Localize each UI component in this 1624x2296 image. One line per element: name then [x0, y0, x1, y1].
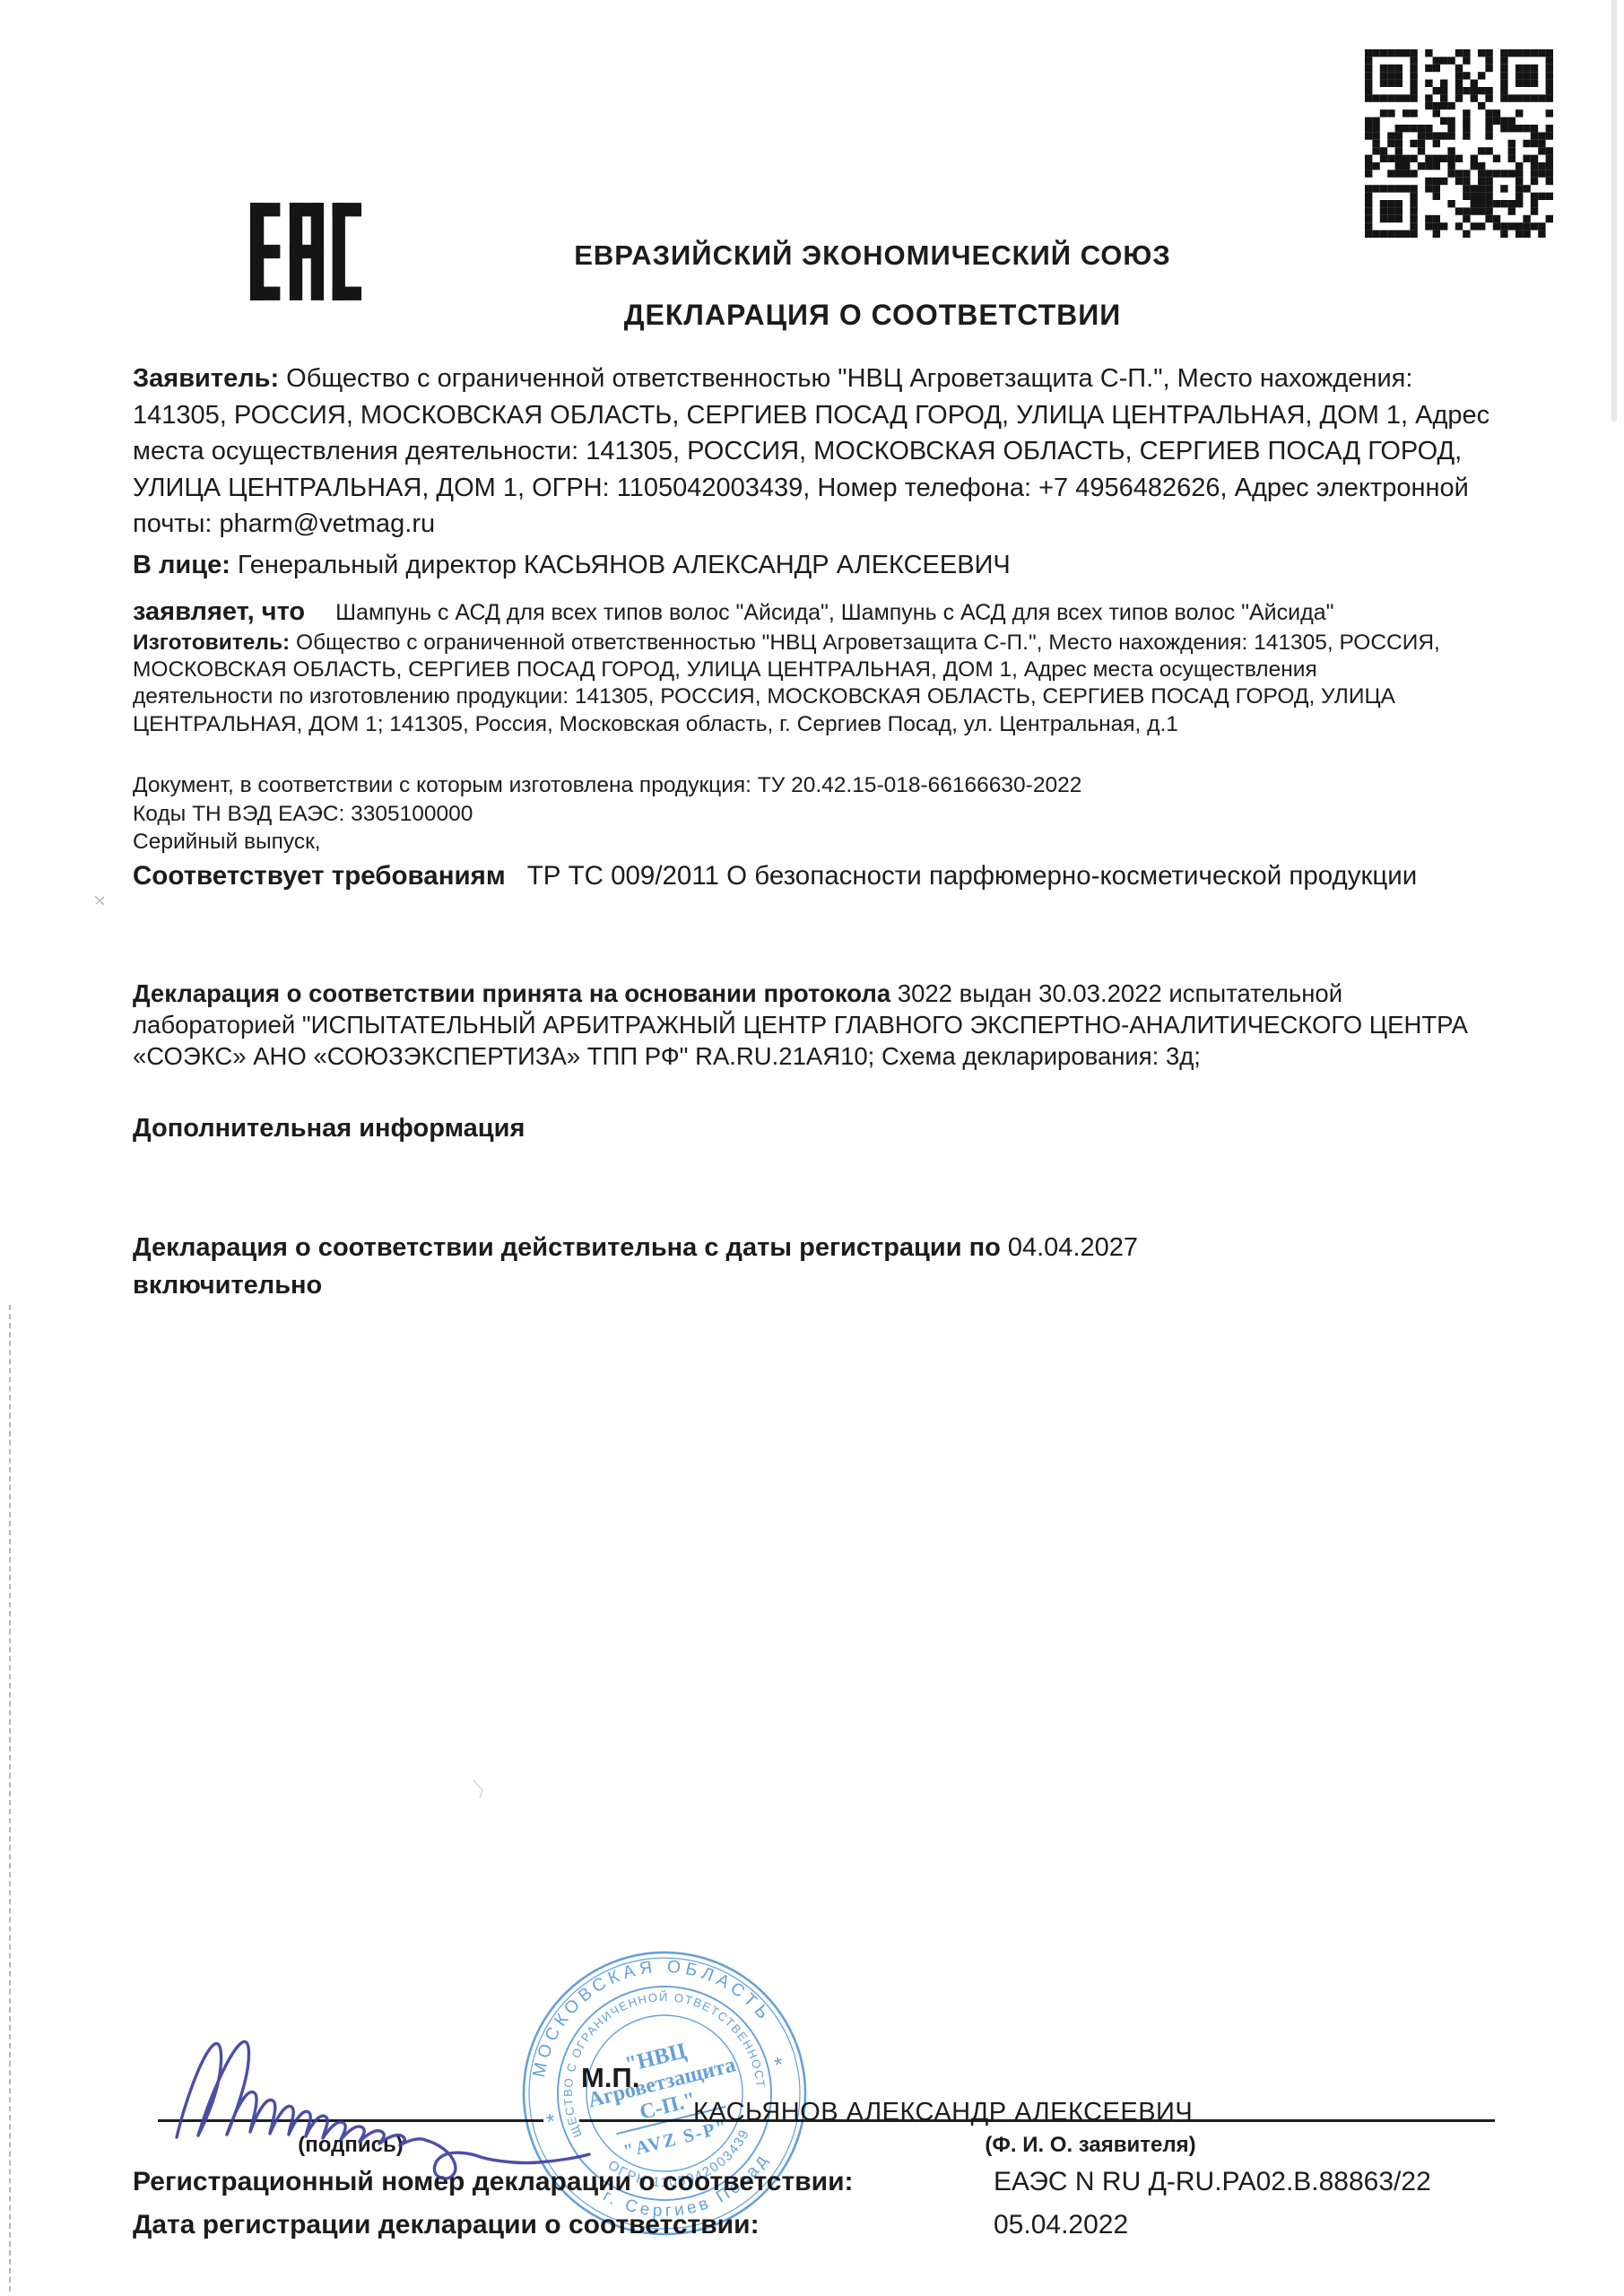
declares-that-label: заявляет, что: [133, 597, 305, 626]
basis-protocol-label: Декларация о соответствии принята на осн…: [133, 979, 890, 1007]
complies-with-paragraph: Соответствует требованиямТР ТС 009/2011 …: [133, 857, 1508, 895]
applicant-paragraph: Заявитель: Общество с ограниченной ответ…: [133, 361, 1499, 543]
validity-date: 04.04.2027: [1001, 1233, 1138, 1262]
stamp-star-right: *: [772, 2052, 786, 2077]
registration-number-value: ЕАЭС N RU Д-RU.РА02.В.88863/22: [994, 2167, 1431, 2197]
manufacturer-paragraph: Изготовитель: Общество с ограниченной от…: [133, 630, 1444, 738]
scan-edge-artifact-left: [9, 1305, 11, 2292]
validity-label: Декларация о соответствии действительна …: [133, 1233, 1001, 1262]
product-standard-line: Документ, в соответствии с которым изгот…: [133, 772, 1499, 799]
validity-suffix: включительно: [133, 1271, 322, 1300]
manufacturer-label: Изготовитель:: [133, 631, 290, 655]
additional-info-heading: Дополнительная информация: [133, 1110, 1499, 1146]
document-title-declaration: ДЕКЛАРАЦИЯ О СООТВЕТСТВИИ: [155, 299, 1590, 332]
basis-protocol-paragraph: Декларация о соответствии принята на осн…: [133, 978, 1490, 1072]
declaration-document-page: ЕВРАЗИЙСКИЙ ЭКОНОМИЧЕСКИЙ СОЮЗ ДЕКЛАРАЦИ…: [0, 0, 1624, 2296]
document-title-union: ЕВРАЗИЙСКИЙ ЭКОНОМИЧЕСКИЙ СОЮЗ: [155, 239, 1590, 272]
product-names-text: Шампунь с АСД для всех типов волос "Айси…: [335, 600, 1333, 625]
represented-by-line: В лице: Генеральный директор КАСЬЯНОВ АЛ…: [133, 547, 1499, 583]
validity-paragraph: Декларация о соответствии действительна …: [133, 1229, 1499, 1304]
qr-code: [1365, 49, 1553, 238]
fullname-caption: (Ф. И. О. заявителя): [866, 2133, 1315, 2158]
tnved-codes-line: Коды ТН ВЭД ЕАЭС: 3305100000: [133, 801, 1499, 828]
applicant-text: Общество с ограниченной ответственностью…: [133, 364, 1489, 538]
complies-with-label: Соответствует требованиям: [133, 861, 506, 891]
declares-that-line: заявляет, чтоШампунь с АСД для всех типо…: [133, 595, 1523, 630]
scan-speck: [91, 891, 109, 909]
handwritten-signature: [121, 2021, 605, 2187]
represented-by-text: Генеральный директор КАСЬЯНОВ АЛЕКСАНДР …: [230, 551, 1011, 579]
serial-production-line: Серийный выпуск,: [133, 829, 1499, 856]
scan-edge-artifact-right: [1611, 0, 1617, 422]
stamp-center-line4: "AVZ S-P": [621, 2115, 731, 2161]
scan-speck-2: [470, 1778, 491, 1801]
applicant-label: Заявитель:: [133, 364, 279, 393]
registration-date-value: 05.04.2022: [994, 2210, 1128, 2240]
technical-regulation-text: ТР ТС 009/2011 О безопасности парфюмерно…: [527, 861, 1418, 891]
eac-mark-icon: [250, 203, 362, 300]
manufacturer-text: Общество с ограниченной ответственностью…: [133, 631, 1440, 736]
represented-by-label: В лице:: [133, 551, 230, 579]
